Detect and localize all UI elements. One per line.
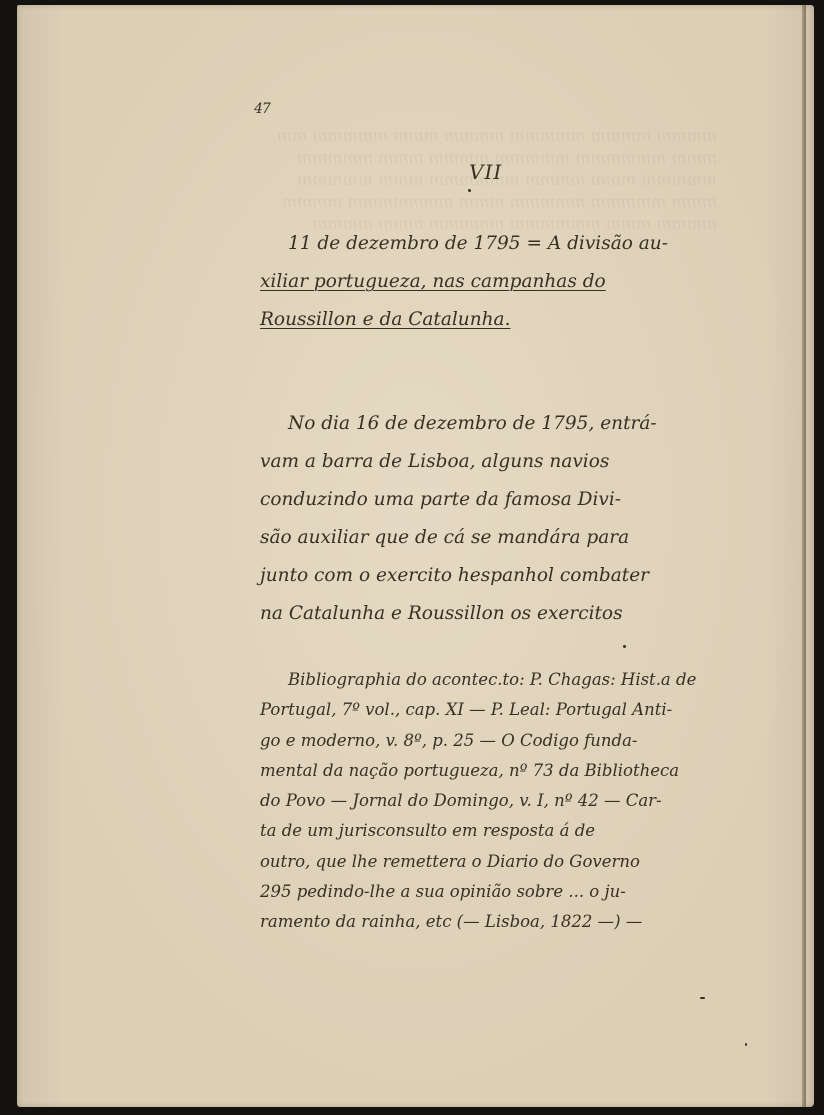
manuscript-page: mmmm mmmm mmmmm mmmm mmm mmmmm mm mmm mm… [17,5,814,1107]
bibliography-note: Bibliographia do acontec.to: P. Chagas: … [260,665,715,938]
bibliography-line: ta de um jurisconsulto em resposta á de [260,816,715,846]
paragraph-line: vam a barra de Lisboa, alguns navios [260,443,715,481]
ink-dot [468,189,471,192]
paragraph-line: junto com o exercito hespanhol combater [260,557,715,595]
bibliography-line: Bibliographia do acontec.to: P. Chagas: … [260,665,715,695]
paragraph-line: conduzindo uma parte da famosa Divi- [260,481,715,519]
paragraph-line: são auxiliar que de cá se mandára para [260,519,715,557]
page-number: 47 [254,101,270,117]
bibliography-line: outro, que lhe remettera o Diario do Gov… [260,847,715,877]
bibliography-line: mental da nação portugueza, nº 73 da Bib… [260,756,715,786]
bibliography-line: ramento da rainha, etc (— Lisboa, 1822 —… [260,907,715,937]
paragraph-line: na Catalunha e Roussillon os exercitos [260,595,715,633]
ink-dot [623,645,626,648]
paragraph-line: No dia 16 de dezembro de 1795, entrá- [260,405,715,443]
body-paragraph: No dia 16 de dezembro de 1795, entrá- va… [260,405,715,633]
bibliography-line: go e moderno, v. 8º, p. 25 — O Codigo fu… [260,726,715,756]
heading-line: 11 de dezembro de 1795 = A divisão au- [260,225,715,263]
page-spine-edge [802,5,806,1107]
heading-line: Roussillon e da Catalunha. [260,301,715,339]
heading-line: xiliar portugueza, nas campanhas do [260,263,715,301]
bibliography-line: 295 pedindo-lhe a sua opinião sobre ... … [260,877,715,907]
chapter-numeral: VII [469,160,502,184]
ink-dot [745,1043,747,1046]
bibliography-line: do Povo — Jornal do Domingo, v. I, nº 42… [260,786,715,816]
bibliography-line: Portugal, 7º vol., cap. XI — P. Leal: Po… [260,695,715,725]
ink-mark [700,997,705,999]
chapter-heading: 11 de dezembro de 1795 = A divisão au- x… [260,225,715,339]
